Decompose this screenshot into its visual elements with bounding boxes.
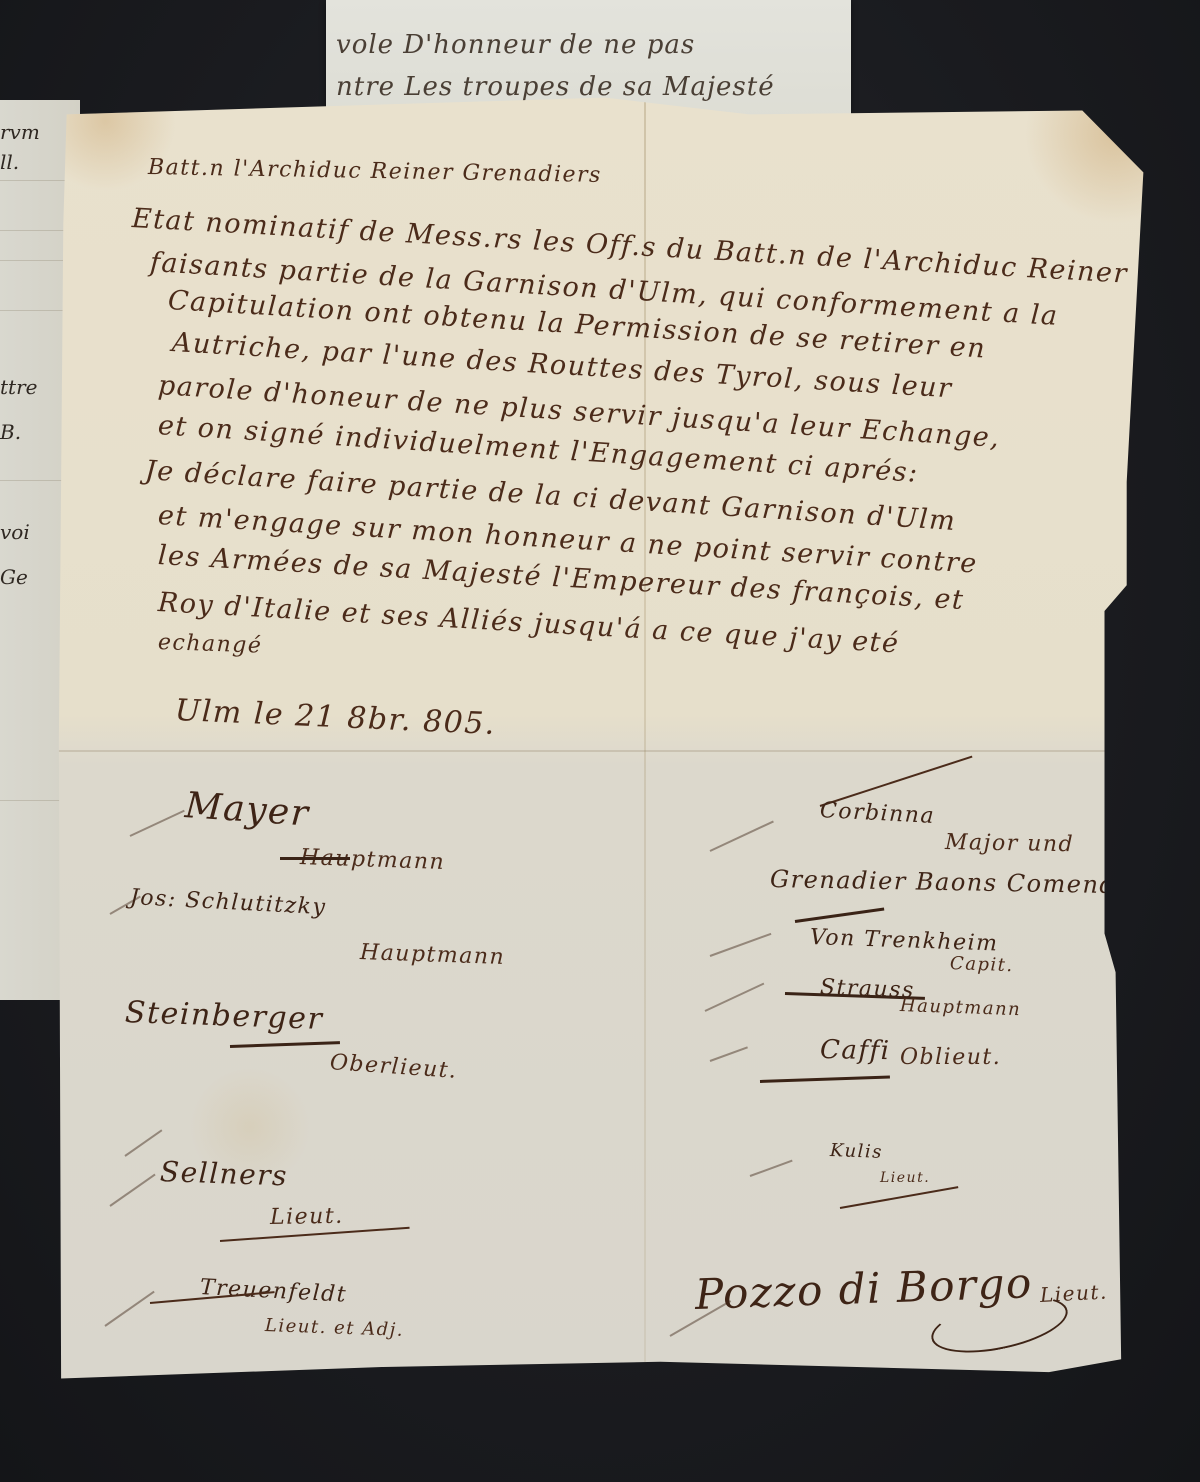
signature: Von Trenkheim [810,925,999,957]
pen-tick-mark [710,821,774,852]
signature-rank: Oblieut. [900,1045,1001,1070]
background-letter-line: ntre Les troupes de sa Majesté [336,72,775,102]
main-document-sheet: Batt.n l'Archiduc Reiner Grenadiers Etat… [50,95,1160,1385]
place-and-date: Ulm le 21 8br. 805. [174,693,496,742]
signature: Kulis [830,1140,884,1163]
background-letter-fragment: Ge [0,565,28,589]
signature-rank: Lieut. [270,1204,344,1230]
pen-tick-mark [104,1291,154,1327]
signature: Steinberger [124,995,323,1037]
signature-rank: Lieut. et Adj. [265,1315,405,1341]
signature: Mayer [184,785,311,835]
signature-rank: Oberlieut. [329,1050,458,1084]
signature-rank: Lieut. [880,1170,930,1186]
pen-tick-mark [124,1129,162,1156]
signature-rank: Major und [945,830,1075,857]
background-letter-fragment: B. [0,420,21,444]
horizontal-fold-crease [50,750,1160,752]
signature: Caffi [820,1035,891,1066]
pen-tick-mark [710,933,772,957]
signature-rank: Grenadier Baons Comendant [770,865,1161,900]
document-heading: Batt.n l'Archiduc Reiner Grenadiers [148,155,602,188]
cross-out-mark [795,907,885,922]
pen-tick-mark [750,1160,793,1177]
signature-rank: Hauptmann [900,995,1022,1020]
pen-tick-mark [710,1046,748,1062]
body-line: echangé [158,630,263,659]
signature-rank: Hauptmann [300,845,446,875]
cross-out-mark [760,1075,890,1083]
cross-out-mark [280,857,350,860]
pen-tick-mark [705,983,765,1012]
signature-rank: Capit. [950,953,1014,976]
underline-flourish [840,1186,959,1209]
background-letter-fragment: ll. [0,150,19,174]
signature-rank: Hauptmann [360,940,506,970]
signature: Jos: Schlutitzky [129,885,327,920]
background-letter-line: vole D'honneur de ne pas [336,30,695,60]
background-letter-fragment: voi [0,520,30,544]
cross-out-mark [230,1041,340,1048]
pen-tick-mark [130,810,185,837]
background-letter-fragment: rvm [0,120,40,144]
signature: Sellners [159,1155,288,1192]
background-letter-fragment: ttre [0,375,37,399]
signature: Corbinna [819,798,935,829]
pen-tick-mark [109,1174,155,1207]
